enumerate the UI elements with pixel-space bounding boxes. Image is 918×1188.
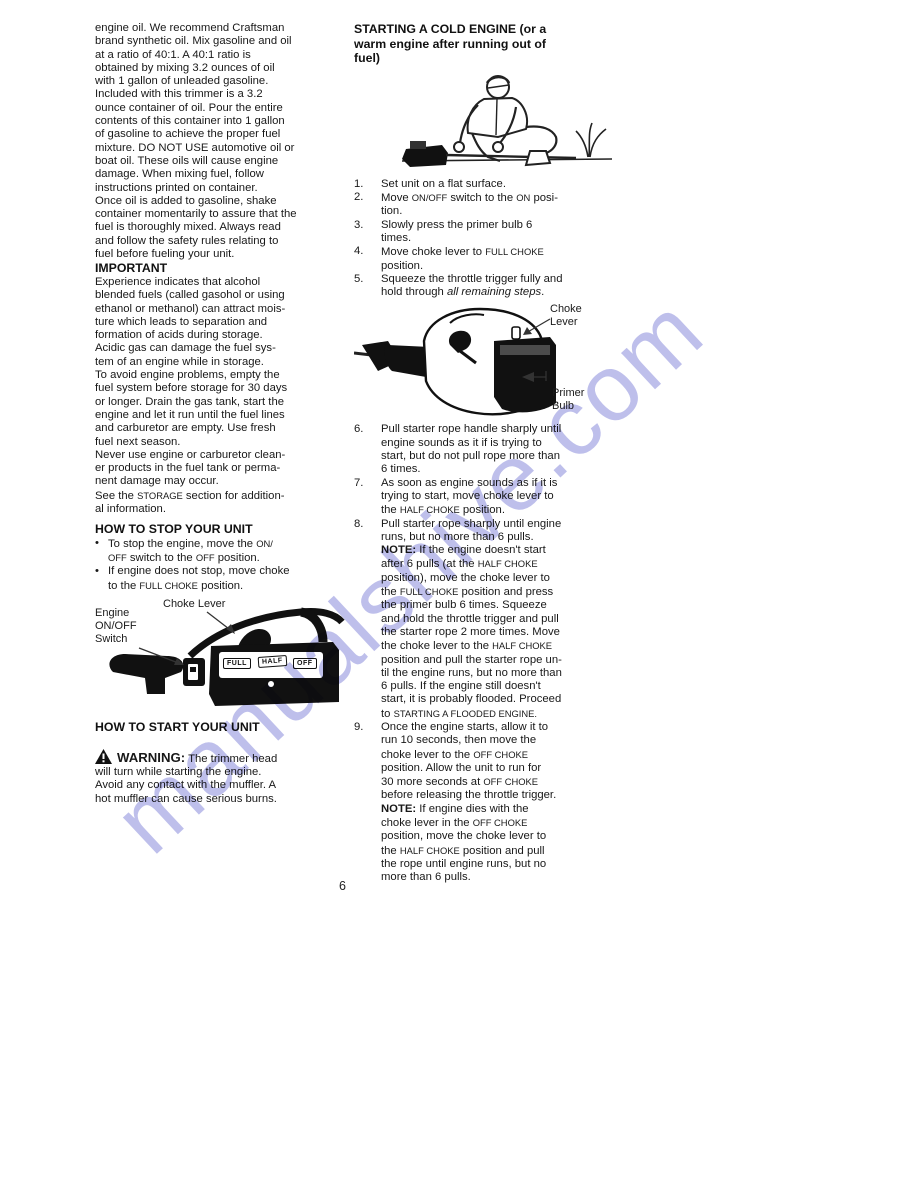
important-heading: IMPORTANT	[95, 261, 347, 276]
step-text: Pull starter rope sharply until engineru…	[381, 518, 614, 721]
text-run: ON/	[256, 538, 273, 549]
bullet-icon: •	[95, 565, 108, 593]
text-run: Move choke lever to	[381, 246, 485, 258]
step-item: 9.Once the engine starts, allow it torun…	[354, 721, 614, 885]
steps-1-5: 1.Set unit on a flat surface.2.Move ON/O…	[354, 178, 614, 300]
left-column: engine oil. We recommend Craftsmanbrand …	[95, 22, 347, 806]
step-text: Pull starter rope handle sharply untilen…	[381, 423, 614, 476]
text-run: the	[381, 845, 400, 857]
stop-bullet-1-text: To stop the engine, move the ON/OFF swit…	[108, 537, 273, 566]
stop-bullet-2: • If engine does not stop, move choketo …	[95, 565, 347, 593]
text-run: position.	[198, 580, 243, 592]
text-run: all remaining steps	[447, 286, 541, 298]
text-run: switch to the	[127, 552, 196, 564]
text-run: STARTING A FLOODED ENGINE.	[394, 708, 537, 719]
cold-engine-heading: STARTING A COLD ENGINE (or awarm engine …	[354, 22, 614, 66]
step-number: 1.	[354, 178, 381, 191]
step-text: Slowly press the primer bulb 6times.	[381, 219, 614, 246]
text-run: See the	[95, 490, 137, 502]
text-run: the	[381, 586, 400, 598]
step-item: 1.Set unit on a flat surface.	[354, 178, 614, 191]
choke-lever-label: ChokeLever	[550, 303, 582, 329]
text-run: The trimmer head	[185, 753, 277, 765]
stop-bullet-1: • To stop the engine, move the ON/OFF sw…	[95, 537, 347, 566]
text-run: HALF CHOKE	[400, 845, 460, 856]
stop-unit-heading: HOW TO STOP YOUR UNIT	[95, 522, 347, 537]
right-column: STARTING A COLD ENGINE (or awarm engine …	[354, 22, 614, 885]
primer-bulb-label: PrimerBulb	[552, 387, 584, 413]
text-run: OFF CHOKE	[473, 749, 528, 760]
text-run: NOTE:	[381, 803, 416, 815]
step-number: 7.	[354, 477, 381, 518]
important-paragraph-2: To avoid engine problems, empty thefuel …	[95, 369, 347, 449]
step-number: 6.	[354, 423, 381, 476]
step-item: 2.Move ON/OFF switch to the ON posi-tion…	[354, 191, 614, 219]
text-run: STORAGE	[137, 490, 183, 501]
step-text: Set unit on a flat surface.	[381, 178, 614, 191]
manual-page: engine oil. We recommend Craftsmanbrand …	[0, 0, 918, 1188]
step-text: Squeeze the throttle trigger fully andho…	[381, 273, 614, 300]
step-text: Move ON/OFF switch to the ON posi-tion.	[381, 191, 614, 219]
text-run: Move	[381, 192, 412, 204]
important-paragraph-3: Never use engine or carburetor clean-er …	[95, 449, 347, 489]
text-run: HALF CHOKE	[492, 640, 552, 651]
choke-lever-label: Choke Lever	[163, 598, 225, 611]
step-number: 3.	[354, 219, 381, 246]
text-run: hold through	[381, 286, 447, 298]
step-number: 2.	[354, 191, 381, 219]
text-run: .	[541, 286, 544, 298]
step-text: Once the engine starts, allow it torun 1…	[381, 721, 614, 885]
text-run: FULL CHOKE	[139, 580, 198, 591]
text-run: position.	[460, 504, 505, 516]
text-run: choke lever to the	[381, 749, 473, 761]
text-run: OFF	[108, 552, 127, 563]
start-unit-heading: HOW TO START YOUR UNIT	[95, 720, 347, 735]
off-position-label: OFF	[293, 658, 317, 669]
step-text: As soon as engine sounds as if it istryi…	[381, 477, 614, 518]
engine-onoff-switch-label: EngineON/OFFSwitch	[95, 607, 137, 646]
text-run: OFF CHOKE	[483, 776, 538, 787]
step-item: 6.Pull starter rope handle sharply until…	[354, 423, 614, 476]
text-run: WARNING:	[117, 750, 185, 765]
step-number: 8.	[354, 518, 381, 721]
bullet-icon: •	[95, 537, 108, 566]
text-run: after 6 pulls (at the	[381, 558, 478, 570]
text-run: FULL CHOKE	[485, 246, 544, 257]
text-run: to	[381, 708, 394, 720]
step-item: 5.Squeeze the throttle trigger fully and…	[354, 273, 614, 300]
text-run: section for addition-	[183, 490, 285, 502]
half-position-label: HALF	[258, 655, 287, 668]
step-item: 3.Slowly press the primer bulb 6times.	[354, 219, 614, 246]
stop-bullet-2-text: If engine does not stop, move choketo th…	[108, 565, 290, 593]
text-run: posi-	[530, 192, 558, 204]
text-run: OFF	[196, 552, 215, 563]
fuel-mixing-paragraph: engine oil. We recommend Craftsmanbrand …	[95, 22, 347, 261]
text-run: NOTE:	[381, 544, 416, 556]
text-run: HALF CHOKE	[400, 504, 460, 515]
person-starting-trimmer-illustration	[380, 71, 620, 173]
text-run: OFF CHOKE	[473, 817, 528, 828]
step-item: 7.As soon as engine sounds as if it istr…	[354, 477, 614, 518]
text-run: ON/OFF	[412, 192, 447, 203]
page-number: 6	[339, 879, 346, 893]
text-run: switch to the	[447, 192, 516, 204]
starting-figure	[380, 71, 620, 173]
step-number: 4.	[354, 245, 381, 273]
stop-switch-figure: Choke Lever EngineON/OFFSwitch	[95, 598, 347, 712]
text-run: the	[381, 504, 400, 516]
text-run: If engine dies with the	[416, 803, 528, 815]
steps-6-9: 6.Pull starter rope handle sharply until…	[354, 423, 614, 884]
text-run: ON	[516, 192, 530, 203]
step-number: 9.	[354, 721, 381, 885]
text-run: If the engine doesn't start	[416, 544, 546, 556]
text-run: To stop the engine, move the	[108, 538, 256, 550]
step-item: 8.Pull starter rope sharply until engine…	[354, 518, 614, 721]
step-text: Move choke lever to FULL CHOKEposition.	[381, 245, 614, 273]
warning-icon	[95, 749, 112, 764]
text-run: position and press	[458, 586, 553, 598]
important-paragraph-1: Experience indicates that alcoholblended…	[95, 276, 347, 369]
text-run: 30 more seconds at	[381, 776, 483, 788]
warning-text: WARNING: The trimmer headwill turn while…	[95, 753, 277, 805]
text-run: HALF CHOKE	[478, 558, 538, 569]
step-number: 5.	[354, 273, 381, 300]
full-position-label: FULL	[223, 658, 251, 669]
text-run: to the	[108, 580, 139, 592]
important-paragraph-4: See the STORAGE section for addition-al …	[95, 489, 347, 517]
text-run: FULL CHOKE	[400, 586, 459, 597]
step-item: 4.Move choke lever to FULL CHOKEposition…	[354, 245, 614, 273]
text-run: position and pull	[460, 845, 545, 857]
warning-block: WARNING: The trimmer headwill turn while…	[95, 749, 347, 806]
text-run: the choke lever to the	[381, 640, 492, 652]
text-run: choke lever in the	[381, 817, 473, 829]
engine-figure: ChokeLever PrimerBulb	[354, 301, 614, 421]
text-run: position.	[215, 552, 260, 564]
